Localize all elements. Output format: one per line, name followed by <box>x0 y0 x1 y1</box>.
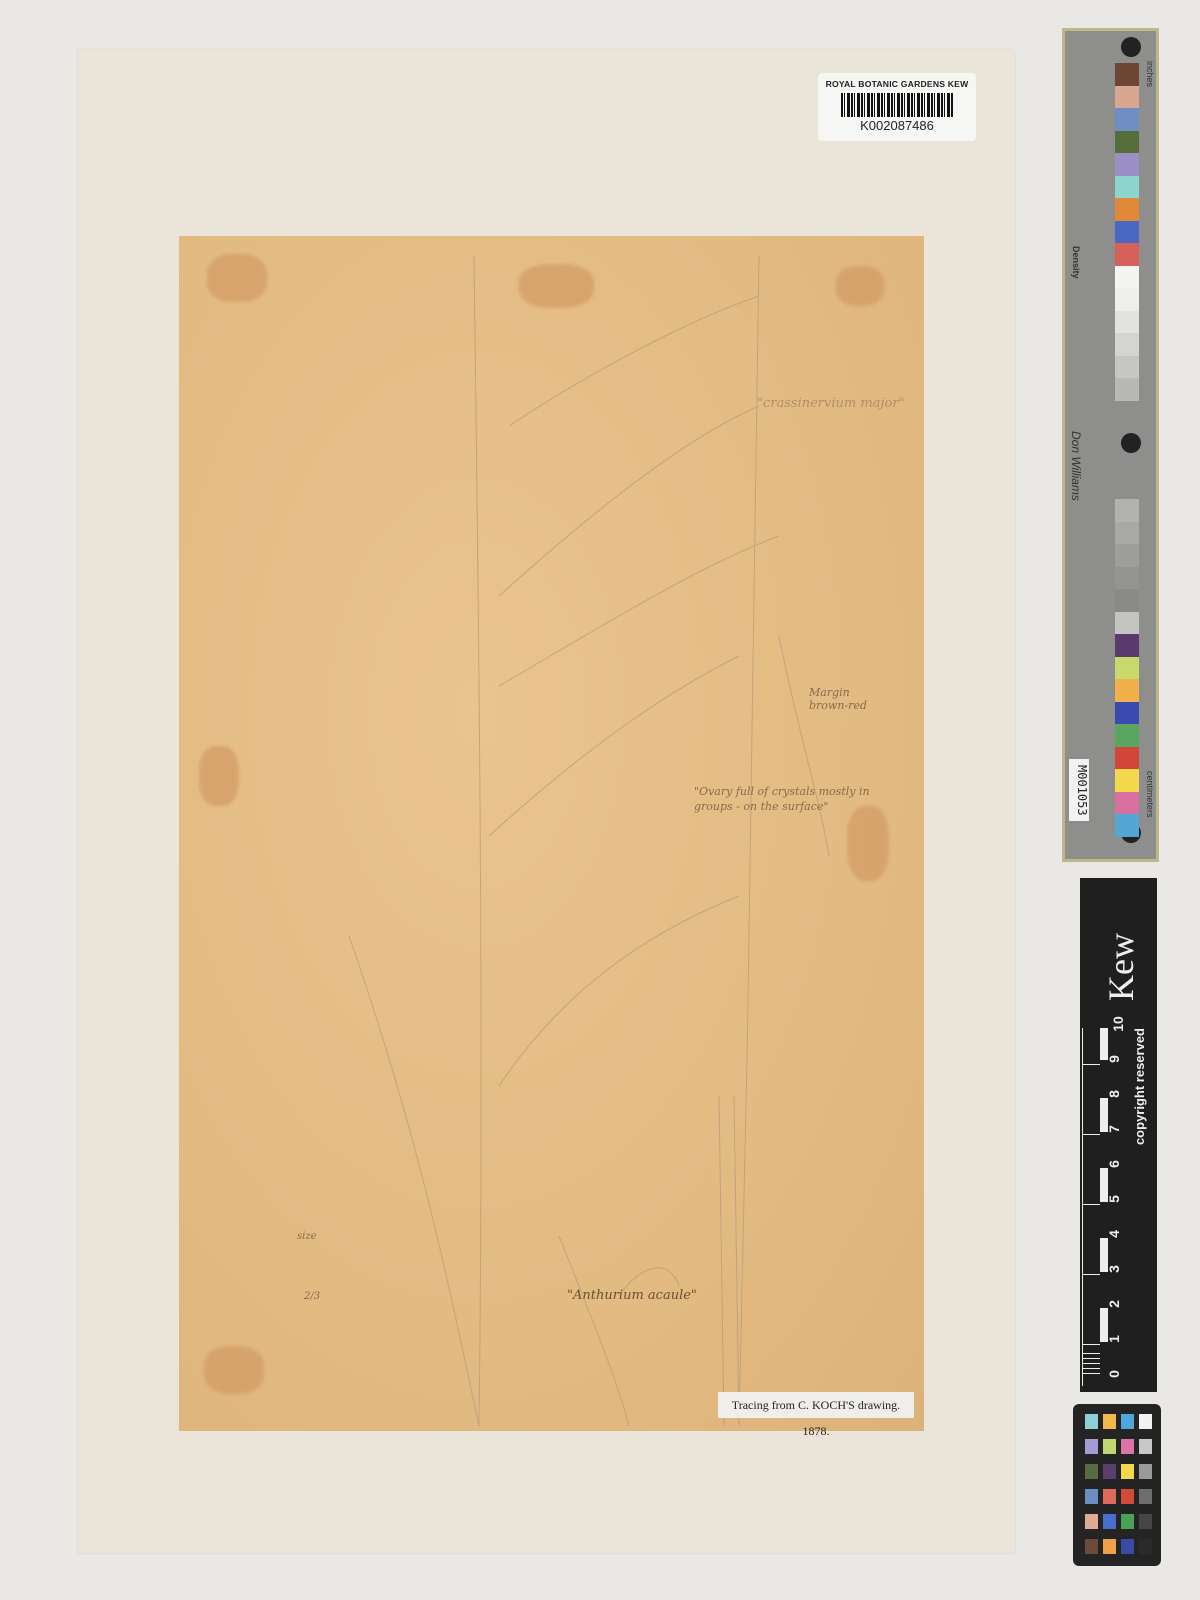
tracing-caption: Tracing from C. KOCH'S drawing. 1878. <box>718 1392 914 1418</box>
checker-gray-patch <box>1139 1414 1152 1429</box>
tracing-paper: "crassinervium major" Margin brown-red "… <box>179 236 924 1431</box>
ruler-number: 3 <box>1106 1265 1122 1273</box>
checker-patch <box>1103 1414 1116 1429</box>
color-swatch <box>1115 567 1139 590</box>
specimen-id: K002087486 <box>818 118 976 133</box>
annotation-fraction: 2/3 <box>304 1291 320 1302</box>
checker-patch <box>1121 1514 1134 1529</box>
checker-patch <box>1085 1414 1098 1429</box>
color-swatch <box>1115 544 1139 567</box>
color-swatch <box>1115 589 1139 612</box>
checker-patch <box>1085 1514 1098 1529</box>
checker-patch <box>1121 1489 1134 1504</box>
ruler-number: 5 <box>1106 1195 1122 1203</box>
checker-gray-patch <box>1139 1539 1152 1554</box>
ruler-number: 0 <box>1106 1370 1122 1378</box>
color-swatch <box>1115 288 1139 311</box>
color-swatch <box>1115 131 1139 154</box>
ruler-number: 9 <box>1106 1055 1122 1063</box>
hole-icon <box>1121 37 1141 57</box>
checker-patch <box>1121 1539 1134 1554</box>
ruler-number: 2 <box>1106 1300 1122 1308</box>
color-swatch <box>1115 176 1139 199</box>
checker-patch <box>1103 1464 1116 1479</box>
checker-patch <box>1085 1489 1098 1504</box>
color-swatch <box>1115 679 1139 702</box>
copyright-text: copyright reserved <box>1132 1028 1147 1145</box>
checker-patch <box>1103 1539 1116 1554</box>
color-swatch <box>1115 266 1139 289</box>
color-swatch <box>1115 747 1139 770</box>
checker-gray-patch <box>1139 1514 1152 1529</box>
checker-gray-patch <box>1139 1489 1152 1504</box>
density-label: Density <box>1071 246 1081 279</box>
color-swatch <box>1115 378 1139 401</box>
color-swatches-top <box>1115 63 1139 401</box>
color-swatch <box>1115 243 1139 266</box>
units-inches: inches <box>1145 61 1155 87</box>
color-swatch <box>1115 198 1139 221</box>
checker-patch <box>1103 1489 1116 1504</box>
color-swatch <box>1115 63 1139 86</box>
barcode-label: ROYAL BOTANIC GARDENS KEW K002087486 <box>818 73 976 141</box>
annotation-margin: Margin brown-red <box>809 686 889 712</box>
ruler-number: 6 <box>1106 1160 1122 1168</box>
color-swatch <box>1115 657 1139 680</box>
barcode-icon <box>841 93 953 117</box>
color-swatch <box>1115 221 1139 244</box>
color-swatch <box>1115 499 1139 522</box>
bar-id: M001053 <box>1069 759 1089 821</box>
checker-gray-patch <box>1139 1439 1152 1454</box>
annotation-size: size <box>297 1231 317 1242</box>
annotation-species-name: "Anthurium acaule" <box>567 1288 697 1303</box>
hole-icon <box>1121 433 1141 453</box>
annotation-ovary: "Ovary full of crystals mostly in groups… <box>694 784 879 814</box>
checker-patch <box>1103 1439 1116 1454</box>
pencil-drawing <box>179 236 924 1431</box>
color-swatch <box>1115 702 1139 725</box>
brand-name: Don Williams <box>1069 431 1083 501</box>
color-checker-card <box>1073 1404 1161 1566</box>
checker-patch <box>1103 1514 1116 1529</box>
color-swatch <box>1115 356 1139 379</box>
units-centimeters: centimeters <box>1145 771 1155 818</box>
annotation-crassinervium: "crassinervium major" <box>757 396 904 411</box>
color-swatch <box>1115 792 1139 815</box>
checker-patch <box>1121 1464 1134 1479</box>
color-swatch <box>1115 333 1139 356</box>
color-swatch <box>1115 153 1139 176</box>
color-swatch <box>1115 311 1139 334</box>
color-swatch <box>1115 724 1139 747</box>
centimeter-ruler <box>1082 1028 1108 1386</box>
kew-logo: Kew <box>1100 933 1142 1001</box>
ruler-number: 4 <box>1106 1230 1122 1238</box>
checker-patch <box>1085 1439 1098 1454</box>
ruler-number: 10 <box>1110 1016 1126 1032</box>
color-swatch <box>1115 634 1139 657</box>
color-swatch <box>1115 86 1139 109</box>
checker-gray-patch <box>1139 1464 1152 1479</box>
color-swatch <box>1115 522 1139 545</box>
color-calibration-bar: inches centimeters Density Don Williams … <box>1062 28 1159 862</box>
color-swatch <box>1115 612 1139 635</box>
ruler-number: 7 <box>1106 1125 1122 1133</box>
kew-scale-bar: Kew copyright reserved 012345678910 <box>1080 878 1157 1392</box>
checker-patch <box>1085 1464 1098 1479</box>
ruler-number: 8 <box>1106 1090 1122 1098</box>
institution-name: ROYAL BOTANIC GARDENS KEW <box>818 79 976 89</box>
checker-patch <box>1121 1439 1134 1454</box>
color-swatch <box>1115 814 1139 837</box>
checker-patch <box>1085 1539 1098 1554</box>
ruler-number: 1 <box>1106 1335 1122 1343</box>
color-swatches-bottom <box>1115 499 1139 837</box>
color-swatch <box>1115 769 1139 792</box>
checker-patch <box>1121 1414 1134 1429</box>
color-swatch <box>1115 108 1139 131</box>
